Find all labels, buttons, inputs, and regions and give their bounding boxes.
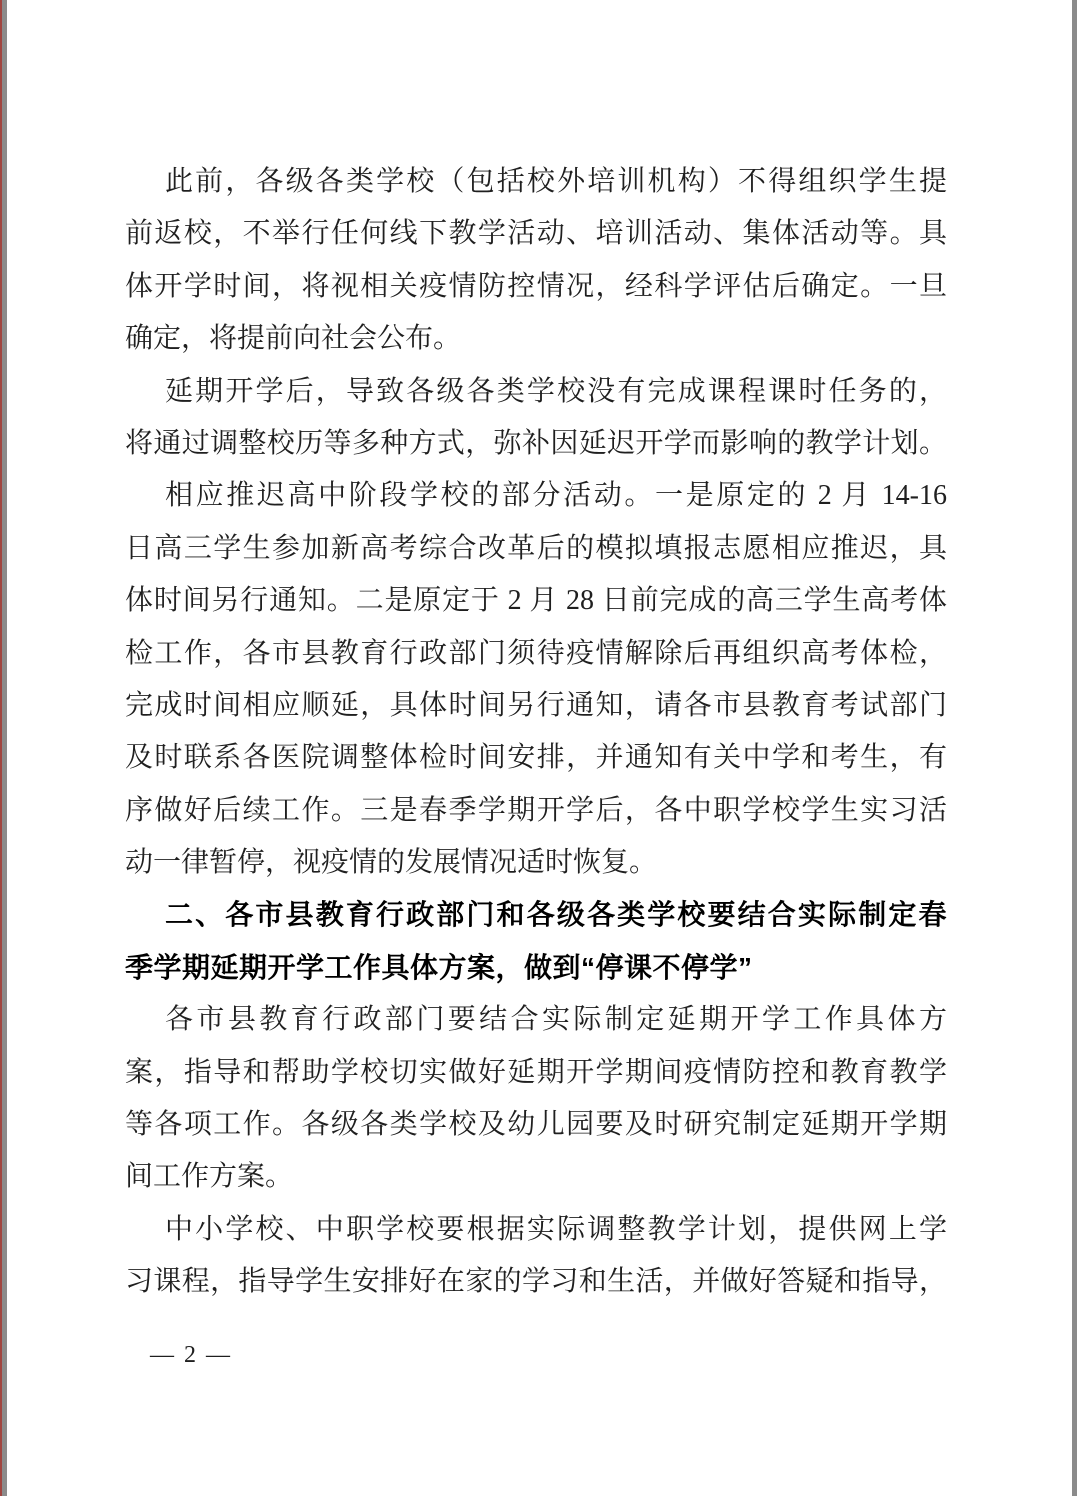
text-line: 动一律暂停，视疫情的发展情况适时恢复。 (125, 837, 947, 889)
paragraph: 中小学校、中职学校要根据实际调整教学计划，提供网上学习课程，指导学生安排好在家的… (125, 1204, 947, 1309)
text-line: 及时联系各医院调整体检时间安排，并通知有关中学和考生，有 (125, 732, 947, 784)
text-line: 案，指导和帮助学校切实做好延期开学期间疫情防控和教育教学 (125, 1047, 947, 1099)
text-line: 等各项工作。各级各类学校及幼儿园要及时研究制定延期开学期 (125, 1099, 947, 1151)
text-line: 序做好后续工作。三是春季学期开学后，各中职学校学生实习活 (125, 785, 947, 837)
text-line: 日高三学生参加新高考综合改革后的模拟填报志愿相应推迟，具 (125, 523, 947, 575)
text-line: 习课程，指导学生安排好在家的学习和生活，并做好答疑和指导， (125, 1256, 947, 1308)
text-line: 此前，各级各类学校（包括校外培训机构）不得组织学生提 (125, 156, 947, 208)
text-line: 体开学时间，将视相关疫情防控情况，经科学评估后确定。一旦 (125, 261, 947, 313)
paragraph: 相应推迟高中阶段学校的部分活动。一是原定的 2 月 14-16日高三学生参加新高… (125, 470, 947, 889)
text-line: 前返校，不举行任何线下教学活动、培训活动、集体活动等。具 (125, 208, 947, 260)
text-line: 检工作，各市县教育行政部门须待疫情解除后再组织高考体检， (125, 628, 947, 680)
text-line: 完成时间相应顺延，具体时间另行通知，请各市县教育考试部门 (125, 680, 947, 732)
text-line: 二、各市县教育行政部门和各级各类学校要结合实际制定春 (125, 889, 947, 941)
text-line: 间工作方案。 (125, 1151, 947, 1203)
text-line: 各市县教育行政部门要结合实际制定延期开学工作具体方 (125, 994, 947, 1046)
text-line: 延期开学后，导致各级各类学校没有完成课程课时任务的， (125, 366, 947, 418)
text-line: 相应推迟高中阶段学校的部分活动。一是原定的 2 月 14-16 (125, 470, 947, 522)
page-number: — 2 — (150, 1342, 232, 1369)
section-heading: 二、各市县教育行政部门和各级各类学校要结合实际制定春季学期延期开学工作具体方案，… (125, 889, 947, 994)
paragraph: 延期开学后，导致各级各类学校没有完成课程课时任务的，将通过调整校历等多种方式，弥… (125, 366, 947, 471)
document-body: 此前，各级各类学校（包括校外培训机构）不得组织学生提前返校，不举行任何线下教学活… (125, 156, 947, 1309)
text-line: 体时间另行通知。二是原定于 2 月 28 日前完成的高三学生高考体 (125, 575, 947, 627)
text-line: 将通过调整校历等多种方式，弥补因延迟开学而影响的教学计划。 (125, 418, 947, 470)
scan-edge-left-strip (2, 0, 7, 1496)
scan-edge-right-strip (1072, 0, 1077, 1496)
paragraph: 此前，各级各类学校（包括校外培训机构）不得组织学生提前返校，不举行任何线下教学活… (125, 156, 947, 366)
text-line: 季学期延期开学工作具体方案，做到“停课不停学” (125, 942, 947, 994)
paragraph: 各市县教育行政部门要结合实际制定延期开学工作具体方案，指导和帮助学校切实做好延期… (125, 994, 947, 1204)
text-line: 确定，将提前向社会公布。 (125, 313, 947, 365)
text-line: 中小学校、中职学校要根据实际调整教学计划，提供网上学 (125, 1204, 947, 1256)
